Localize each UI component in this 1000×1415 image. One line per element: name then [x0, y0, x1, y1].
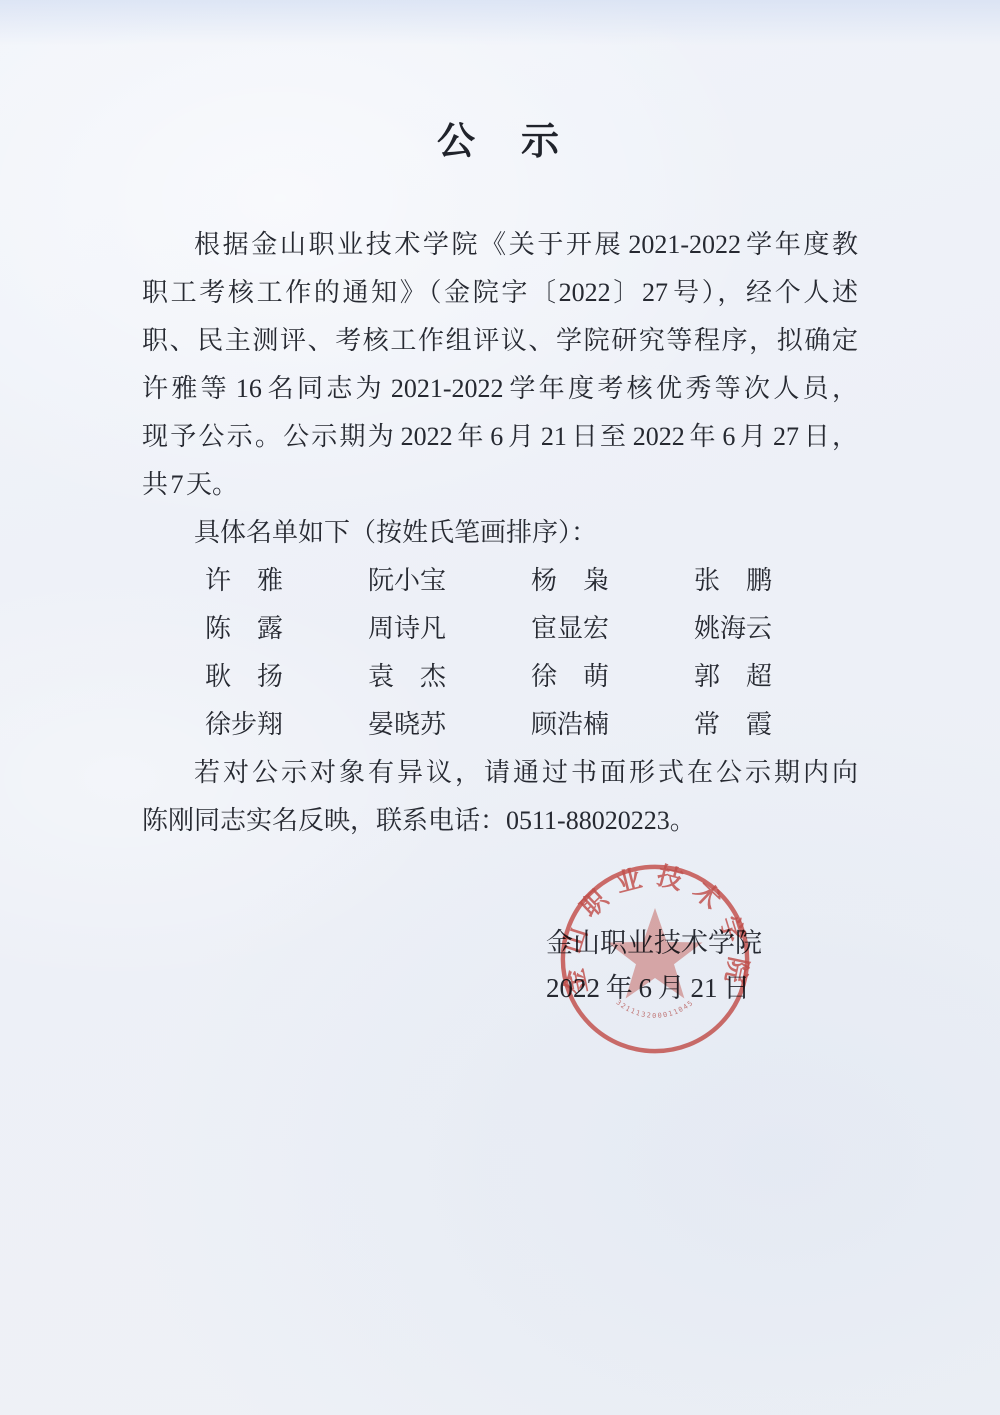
seal-star-icon — [607, 908, 702, 998]
body-line: 职工考核工作的通知》（金院字〔2022〕27 号），经个人述 — [142, 269, 858, 317]
name-cell: 耿 扬 — [205, 653, 285, 701]
body-line: 根据金山职业技术学院《关于开展 2021-2022 学年度教 — [142, 221, 858, 269]
body-line: 现予公示。公示期为 2022 年 6 月 21 日至 2022 年 6 月 27… — [142, 413, 858, 461]
body-line: 职、民主测评、考核工作组评议、学院研究等程序，拟确定 — [142, 317, 858, 365]
name-cell: 陈 露 — [205, 605, 285, 653]
name-cell: 宦显宏 — [531, 605, 611, 653]
name-cell: 晏晓苏 — [368, 701, 448, 749]
name-cell: 周诗凡 — [368, 605, 448, 653]
scanned-notice-page: 公 示 根据金山职业技术学院《关于开展 2021-2022 学年度教 职工考核工… — [0, 0, 1000, 1415]
closing-line: 陈刚同志实名反映，联系电话：0511-88020223。 — [142, 797, 858, 845]
seal-code: 321113200011045 — [615, 998, 696, 1020]
name-cell: 许 雅 — [205, 557, 285, 605]
list-intro: 具体名单如下（按姓氏笔画排序）： — [142, 509, 858, 557]
name-cell: 阮小宝 — [368, 557, 448, 605]
official-seal: 金山职业技术学院 321113200011045 — [557, 861, 753, 1057]
name-cell: 顾浩楠 — [531, 701, 611, 749]
notice-title: 公 示 — [0, 118, 1000, 166]
name-cell: 郭 超 — [694, 653, 774, 701]
notice-body: 根据金山职业技术学院《关于开展 2021-2022 学年度教 职工考核工作的通知… — [142, 221, 858, 845]
name-cell: 常 霞 — [694, 701, 774, 749]
closing-line: 若对公示对象有异议，请通过书面形式在公示期内向 — [142, 749, 858, 797]
names-grid: 许 雅 阮小宝 杨 枭 张 鹏 陈 露 周诗凡 宦显宏 姚海云 耿 扬 袁 杰 … — [142, 557, 858, 749]
name-cell: 徐步翔 — [205, 701, 285, 749]
name-cell: 姚海云 — [694, 605, 774, 653]
name-cell: 徐 萌 — [531, 653, 611, 701]
body-line: 共 7 天。 — [142, 461, 858, 509]
name-cell: 杨 枭 — [531, 557, 611, 605]
name-cell: 袁 杰 — [368, 653, 448, 701]
body-line: 许雅等 16 名同志为 2021-2022 学年度考核优秀等次人员， — [142, 365, 858, 413]
name-cell: 张 鹏 — [694, 557, 774, 605]
